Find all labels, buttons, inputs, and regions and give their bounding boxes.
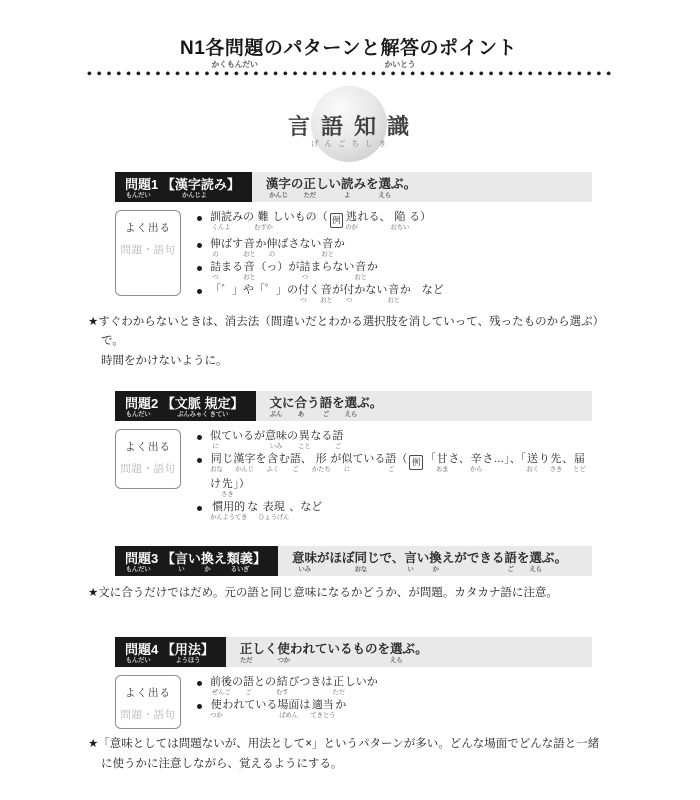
section-body: よく出る 問題・語句 似にているが 意味いみの 異ことなる 語ご同おなじ 漢字か…	[115, 429, 592, 524]
bullet-list: 似にているが 意味いみの 異ことなる 語ご同おなじ 漢字かんじを 含ふくむ 語ご…	[195, 429, 592, 524]
section-body: よく出る 問題・語句 訓読くんよみの 難むずかしいもの（ 例 逃のがれる、 陥お…	[115, 210, 592, 307]
frequent-box-line1: よく出る	[116, 439, 180, 454]
section-mondai4: 問題もんだい4 【 用法ようほう】 正ただしく 使つかわれているものを 選えらぶ…	[115, 637, 592, 774]
section-mondai1: 問題もんだい1 【 漢字読かんじよみ】 漢字かんじの 正ただしい 読よみを 選え…	[115, 172, 592, 371]
bullet-item: 詰つまる 音おと（っ）が 詰つまらない 音おとか	[195, 261, 592, 282]
bullet-text: 似にているが 意味いみの 異ことなる 語ご	[210, 430, 343, 451]
bullet-item: 使つかわれている 場面ばめんは 適当てきとうか	[195, 699, 592, 720]
bullet-text: 「゛」や「゜」の 付つく 音おとが 付つかない 音おとか など	[210, 284, 444, 305]
bullet-text: 同おなじ 漢字かんじを 含ふくむ 語ご、 形かたちが 似にている 語ご（ 例 「…	[210, 453, 592, 499]
section-number-label: 問題もんだい1 【 漢字読かんじよみ】	[115, 172, 252, 202]
textbook-page: N1 各問題かくもんだいのパターンと 解答かいとうのポイント 言語知識 げんごち…	[0, 0, 700, 800]
bullet-item: 同おなじ 漢字かんじを 含ふくむ 語ご、 形かたちが 似にている 語ご（ 例 「…	[195, 453, 592, 499]
section-number-label: 問題もんだい3 【 言いい 換かえ 類義るいぎ】	[115, 546, 278, 576]
badge-furigana: げんごちしき	[219, 138, 479, 149]
section-mondai2: 問題もんだい2 【 文脈 規定ぶんみゃく きてい】 文ぶんに 合あう 語ごを 選…	[115, 391, 592, 524]
frequent-items-box: よく出る 問題・語句	[115, 429, 181, 489]
frequent-items-box: よく出る 問題・語句	[115, 210, 181, 296]
dotted-divider	[87, 71, 611, 76]
bullet-item: 伸のばす 音おとか 伸のばさない 音おとか	[195, 238, 592, 259]
bullet-text: 伸のばす 音おとか 伸のばさない 音おとか	[210, 238, 345, 259]
bullet-text: 前後ぜんごの 語ごとの 結むすびつきは 正ただしいか	[210, 676, 378, 697]
bullet-text: 慣用的かんようてきな 表現ひょうげん、など	[210, 501, 322, 522]
bullet-item: 訓読くんよみの 難むずかしいもの（ 例 逃のがれる、 陥おちいる）	[195, 211, 592, 236]
frequent-box-line1: よく出る	[116, 685, 180, 700]
section-header: 問題もんだい1 【 漢字読かんじよみ】 漢字かんじの 正ただしい 読よみを 選え…	[115, 172, 592, 202]
bullet-dot-icon	[197, 435, 202, 440]
bullet-dot-icon	[197, 681, 202, 686]
section-description: 正ただしく 使つかわれているものを 選えらぶ。	[226, 637, 436, 667]
section-header: 問題もんだい4 【 用法ようほう】 正ただしく 使つかわれているものを 選えらぶ…	[115, 637, 592, 667]
section-header: 問題もんだい2 【 文脈 規定ぶんみゃく きてい】 文ぶんに 合あう 語ごを 選…	[115, 391, 592, 421]
bullet-list: 訓読くんよみの 難むずかしいもの（ 例 逃のがれる、 陥おちいる） 伸のばす 音…	[195, 210, 592, 307]
bullet-text: 訓読くんよみの 難むずかしいもの（ 例 逃のがれる、 陥おちいる）	[210, 211, 431, 236]
section-body: よく出る 問題・語句 前後ぜんごの 語ごとの 結むすびつきは 正ただしいか 使つ…	[115, 675, 592, 729]
bullet-dot-icon	[197, 266, 202, 271]
section-description: 漢字かんじの 正ただしい 読よみを 選えらぶ。	[252, 172, 424, 202]
section-mondai3: 問題もんだい3 【 言いい 換かえ 類義るいぎ】 意味いみがほぼ 同おなじで、 …	[115, 546, 592, 604]
section-number-label: 問題もんだい2 【 文脈 規定ぶんみゃく きてい】	[115, 391, 256, 421]
frequent-items-box: よく出る 問題・語句	[115, 675, 181, 729]
tip-note: ★文に合うだけではだめ。元の語と同じ意味になるかどうか、が問題。カタカナ語に注意…	[88, 584, 612, 604]
bullet-list: 前後ぜんごの 語ごとの 結むすびつきは 正ただしいか 使つかわれている 場面ばめ…	[195, 675, 592, 729]
frequent-box-line2: 問題・語句	[116, 242, 180, 257]
section-description: 意味いみがほぼ 同おなじで、 言いい 換かえができる 語ごを 選えらぶ。	[278, 546, 575, 576]
tip-note: ★すぐわからないときは、消去法（間違いだとわかる選択肢を消していって、残ったもの…	[88, 313, 612, 372]
bullet-item: 似にているが 意味いみの 異ことなる 語ご	[195, 430, 592, 451]
badge-title: 言語知識	[219, 110, 479, 141]
bullet-dot-icon	[197, 506, 202, 511]
language-knowledge-badge: 言語知識 げんごちしき	[219, 84, 479, 168]
bullet-dot-icon	[197, 458, 202, 463]
bullet-dot-icon	[197, 243, 202, 248]
bullet-item: 前後ぜんごの 語ごとの 結むすびつきは 正ただしいか	[195, 676, 592, 697]
bullet-item: 慣用的かんようてきな 表現ひょうげん、など	[195, 501, 592, 522]
bullet-dot-icon	[197, 216, 202, 221]
tip-note: ★「意味としては問題ないが、用法として×」というパターンが多い。どんな場面でどん…	[88, 735, 612, 774]
section-description: 文ぶんに 合あう 語ごを 選えらぶ。	[256, 391, 391, 421]
section-header: 問題もんだい3 【 言いい 換かえ 類義るいぎ】 意味いみがほぼ 同おなじで、 …	[115, 546, 592, 576]
bullet-dot-icon	[197, 704, 202, 709]
bullet-dot-icon	[197, 289, 202, 294]
frequent-box-line2: 問題・語句	[116, 461, 180, 476]
section-number-label: 問題もんだい4 【 用法ようほう】	[115, 637, 226, 667]
bullet-text: 詰つまる 音おと（っ）が 詰つまらない 音おとか	[210, 261, 378, 282]
frequent-box-line1: よく出る	[116, 220, 180, 235]
bullet-item: 「゛」や「゜」の 付つく 音おとが 付つかない 音おとか など	[195, 284, 592, 305]
frequent-box-line2: 問題・語句	[116, 707, 180, 722]
bullet-text: 使つかわれている 場面ばめんは 適当てきとうか	[210, 699, 346, 720]
page-title: N1 各問題かくもんだいのパターンと 解答かいとうのポイント	[85, 38, 612, 69]
